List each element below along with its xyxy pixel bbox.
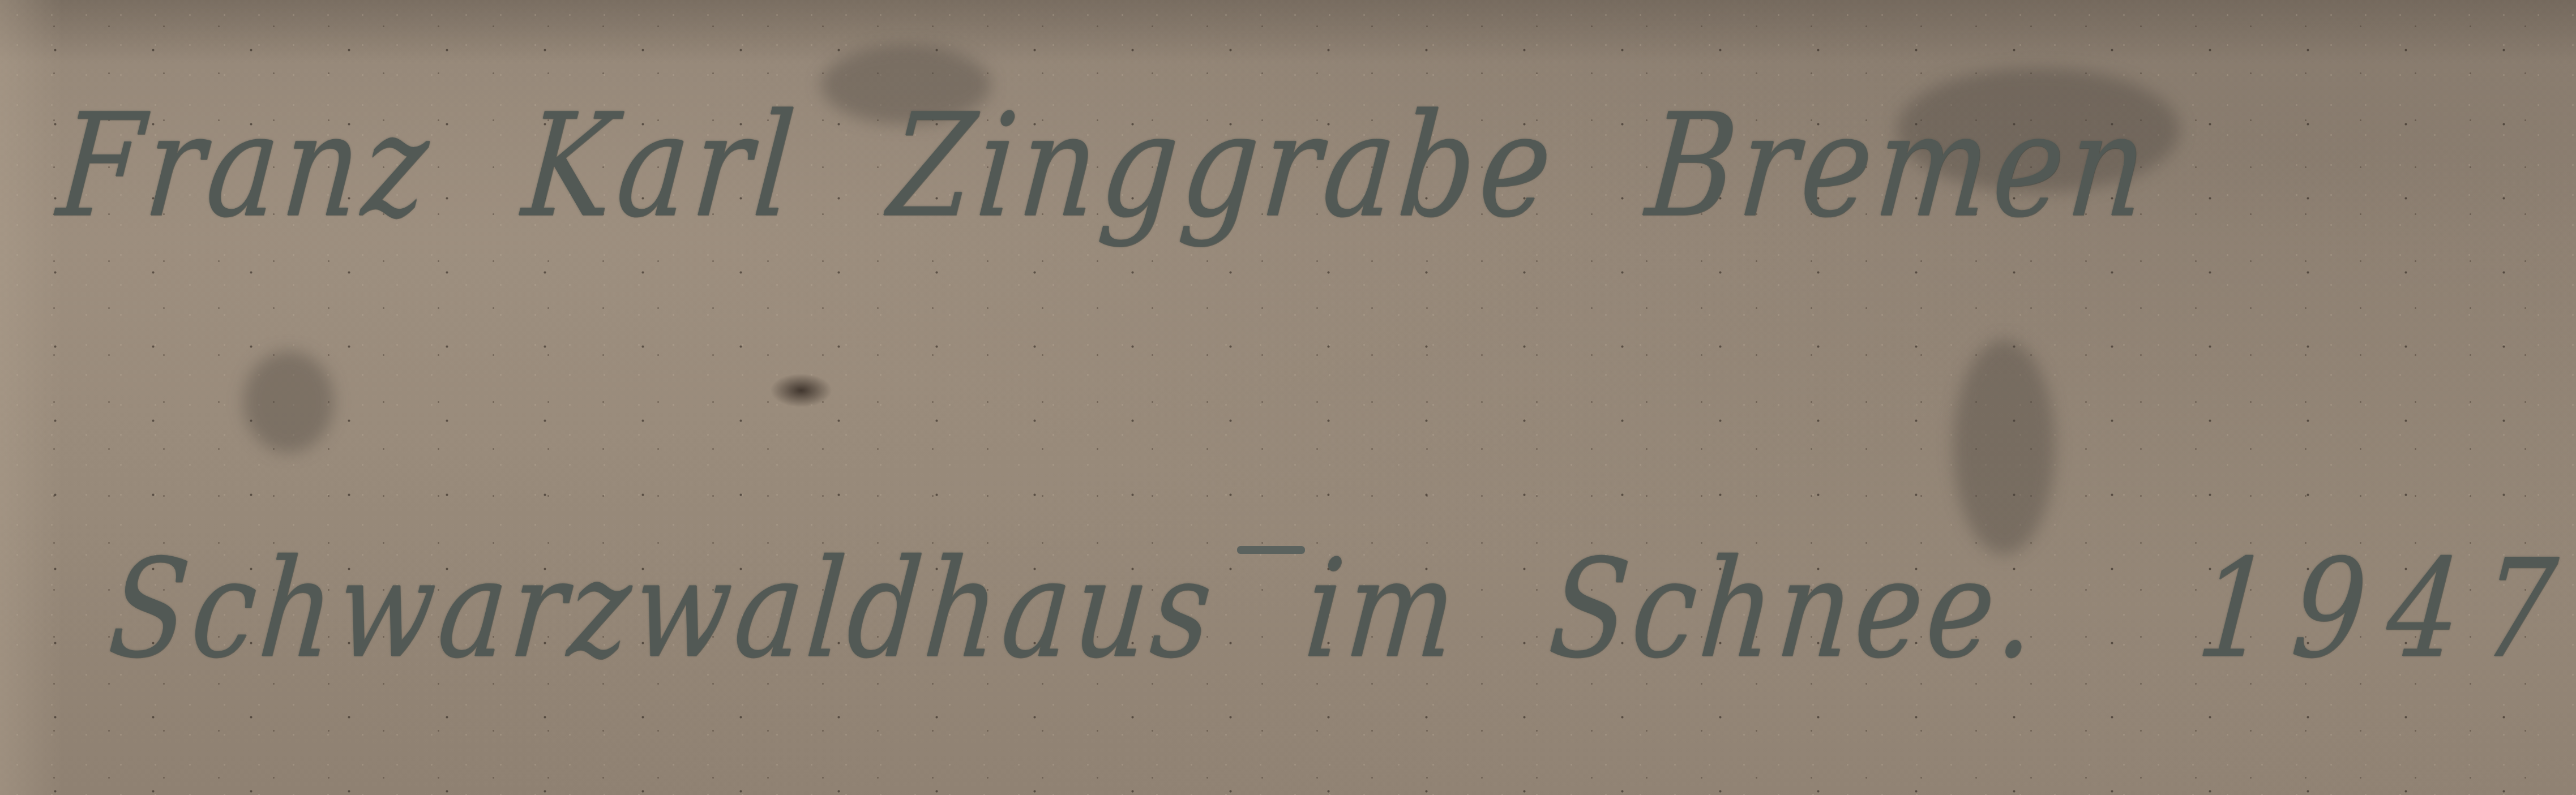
- city: Bremen: [1641, 83, 2157, 249]
- surname: Zinggrabe: [883, 83, 1562, 249]
- ink-smudge: [770, 373, 832, 407]
- artwork-title-word-2: im: [1299, 530, 1466, 689]
- stain: [1953, 340, 2055, 555]
- artwork-title-word-1: Schwarzwaldhaus: [104, 530, 1222, 689]
- cardboard-verso: Franz Karl Zinggrabe Bremen Schwarzwaldh…: [0, 0, 2576, 795]
- stain: [243, 351, 334, 453]
- year: 1947.: [2192, 530, 2576, 689]
- first-name: Franz: [52, 83, 439, 249]
- inscription-line-1: Franz Karl Zinggrabe Bremen: [52, 83, 2208, 249]
- inscription-line-2: Schwarzwaldhaus im Schnee. 1947.: [104, 530, 2576, 689]
- middle-name: Karl: [517, 83, 805, 249]
- artwork-title-word-3: Schnee.: [1544, 530, 2046, 689]
